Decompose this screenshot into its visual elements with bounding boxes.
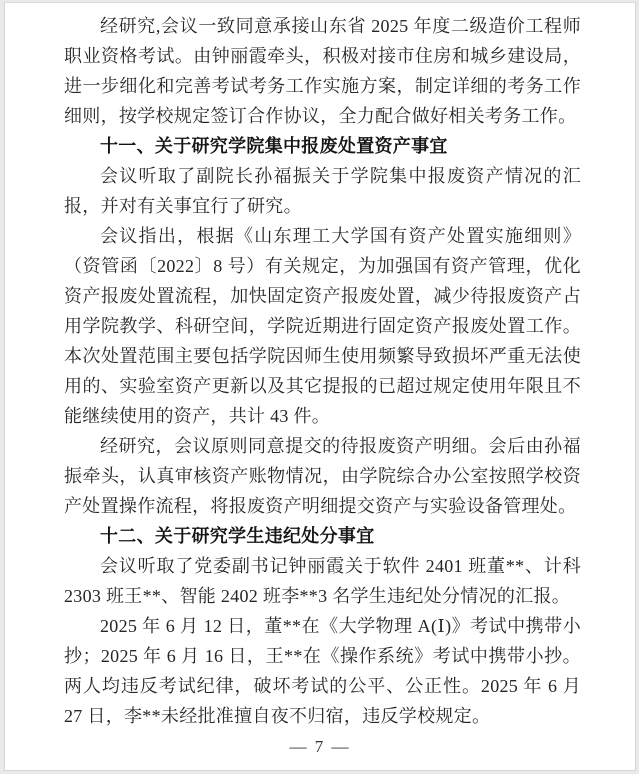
- section-heading-11-asset-disposal: 十一、关于研究学院集中报废处置资产事宜: [64, 131, 581, 161]
- paragraph-asset-disposal-resolution: 经研究，会议原则同意提交的待报废资产明细。会后由孙福振牵头，认真审核资产账物情况…: [64, 431, 581, 521]
- paragraph-exam-cooperation: 经研究,会议一致同意承接山东省 2025 年度二级造价工程师职业资格考试。由钟丽…: [64, 11, 581, 131]
- paragraph-discipline-incidents: 2025 年 6 月 12 日，董**在《大学物理 A(Ⅰ)》考试中携带小抄；2…: [64, 611, 581, 731]
- page-number: — 7 —: [5, 736, 635, 758]
- document-page: 经研究,会议一致同意承接山东省 2025 年度二级造价工程师职业资格考试。由钟丽…: [4, 2, 636, 771]
- paragraph-asset-disposal-details: 会议指出，根据《山东理工大学国有资产处置实施细则》（资管函〔2022〕8 号）有…: [64, 221, 581, 431]
- paragraph-asset-report-intro: 会议听取了副院长孙福振关于学院集中报废资产情况的汇报，并对有关事宜行了研究。: [64, 161, 581, 221]
- document-body: 经研究,会议一致同意承接山东省 2025 年度二级造价工程师职业资格考试。由钟丽…: [64, 11, 581, 731]
- paragraph-discipline-report-intro: 会议听取了党委副书记钟丽霞关于软件 2401 班董**、计科 2303 班王**…: [64, 551, 581, 611]
- section-heading-12-student-discipline: 十二、关于研究学生违纪处分事宜: [64, 521, 581, 551]
